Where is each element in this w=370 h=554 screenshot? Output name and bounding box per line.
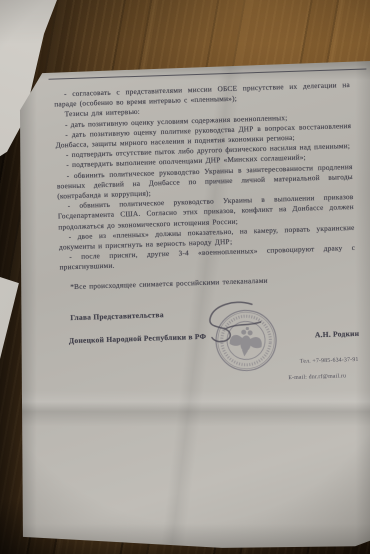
footnote: *Все происходящее снимается российскими …	[60, 273, 356, 293]
email-address: E-mail: dnr.rf@mail.ru	[288, 373, 346, 381]
document-content: - согласовать с представителями миссии О…	[40, 53, 370, 549]
header-rule-line	[49, 68, 367, 79]
signer-name: А.Н. Родкин	[315, 329, 360, 339]
signer-title-line2: Донецкой Народной Республики в РФ	[69, 332, 207, 345]
photo-of-document: - согласовать с представителями миссии О…	[0, 0, 370, 554]
document-text: - согласовать с представителями миссии О…	[54, 80, 356, 292]
phone-number: Тел. +7-985-634-37-91	[300, 357, 359, 365]
signer-title-line1: Глава Представительства	[70, 310, 164, 322]
handwritten-signature-icon	[200, 296, 264, 350]
